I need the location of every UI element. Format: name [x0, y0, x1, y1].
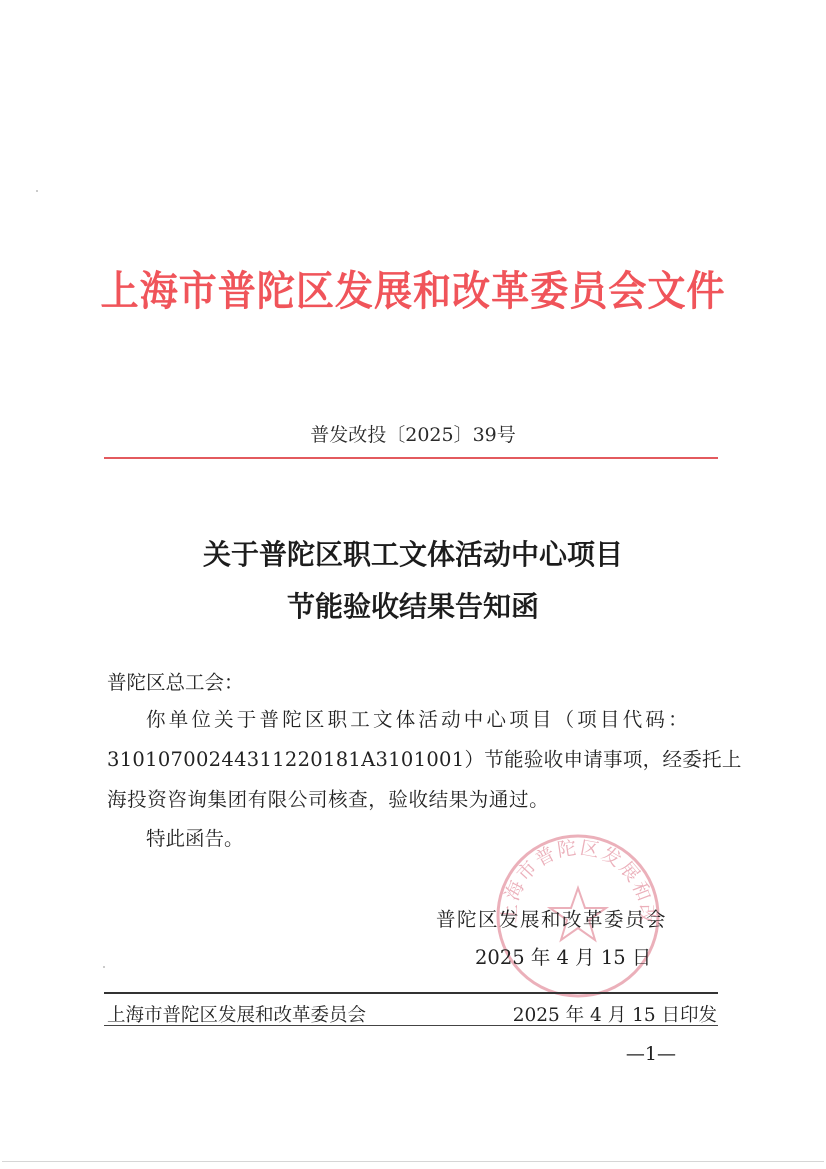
footer-bottom-rule — [104, 1025, 718, 1026]
footer-issuer: 上海市普陀区发展和改革委员会 — [107, 1001, 366, 1027]
body-paragraph-line-1: 你单位关于普陀区职工文体活动中心项目（项目代码： — [146, 710, 691, 730]
signing-authority: 普陀区发展和改革委员会 — [436, 910, 667, 930]
subject-line-2: 节能验收结果告知函 — [0, 585, 826, 625]
document-header-title: 上海市普陀区发展和改革委员会文件 — [29, 258, 797, 317]
salutation: 普陀区总工会： — [107, 673, 244, 693]
scan-speck — [36, 190, 38, 192]
closing-remark: 特此函告。 — [146, 829, 244, 849]
scan-speck — [103, 966, 105, 968]
footer-top-rule — [104, 992, 718, 994]
footer-print-date: 2025 年 4 月 15 日印发 — [513, 1001, 717, 1027]
red-header-divider — [104, 457, 718, 459]
body-paragraph-line-3: 海投资咨询集团有限公司核查，验收结果为通过。 — [107, 790, 549, 810]
document-number: 普发改投〔2025〕39号 — [0, 420, 826, 447]
subject-line-1: 关于普陀区职工文体活动中心项目 — [0, 533, 826, 573]
signing-date: 2025 年 4 月 15 日 — [475, 948, 651, 968]
page-number: —1— — [626, 1043, 676, 1065]
scan-edge-line — [2, 1161, 824, 1162]
body-paragraph-line-2: 31010700244311220181A3101001）节能验收申请事项，经委… — [107, 750, 742, 770]
